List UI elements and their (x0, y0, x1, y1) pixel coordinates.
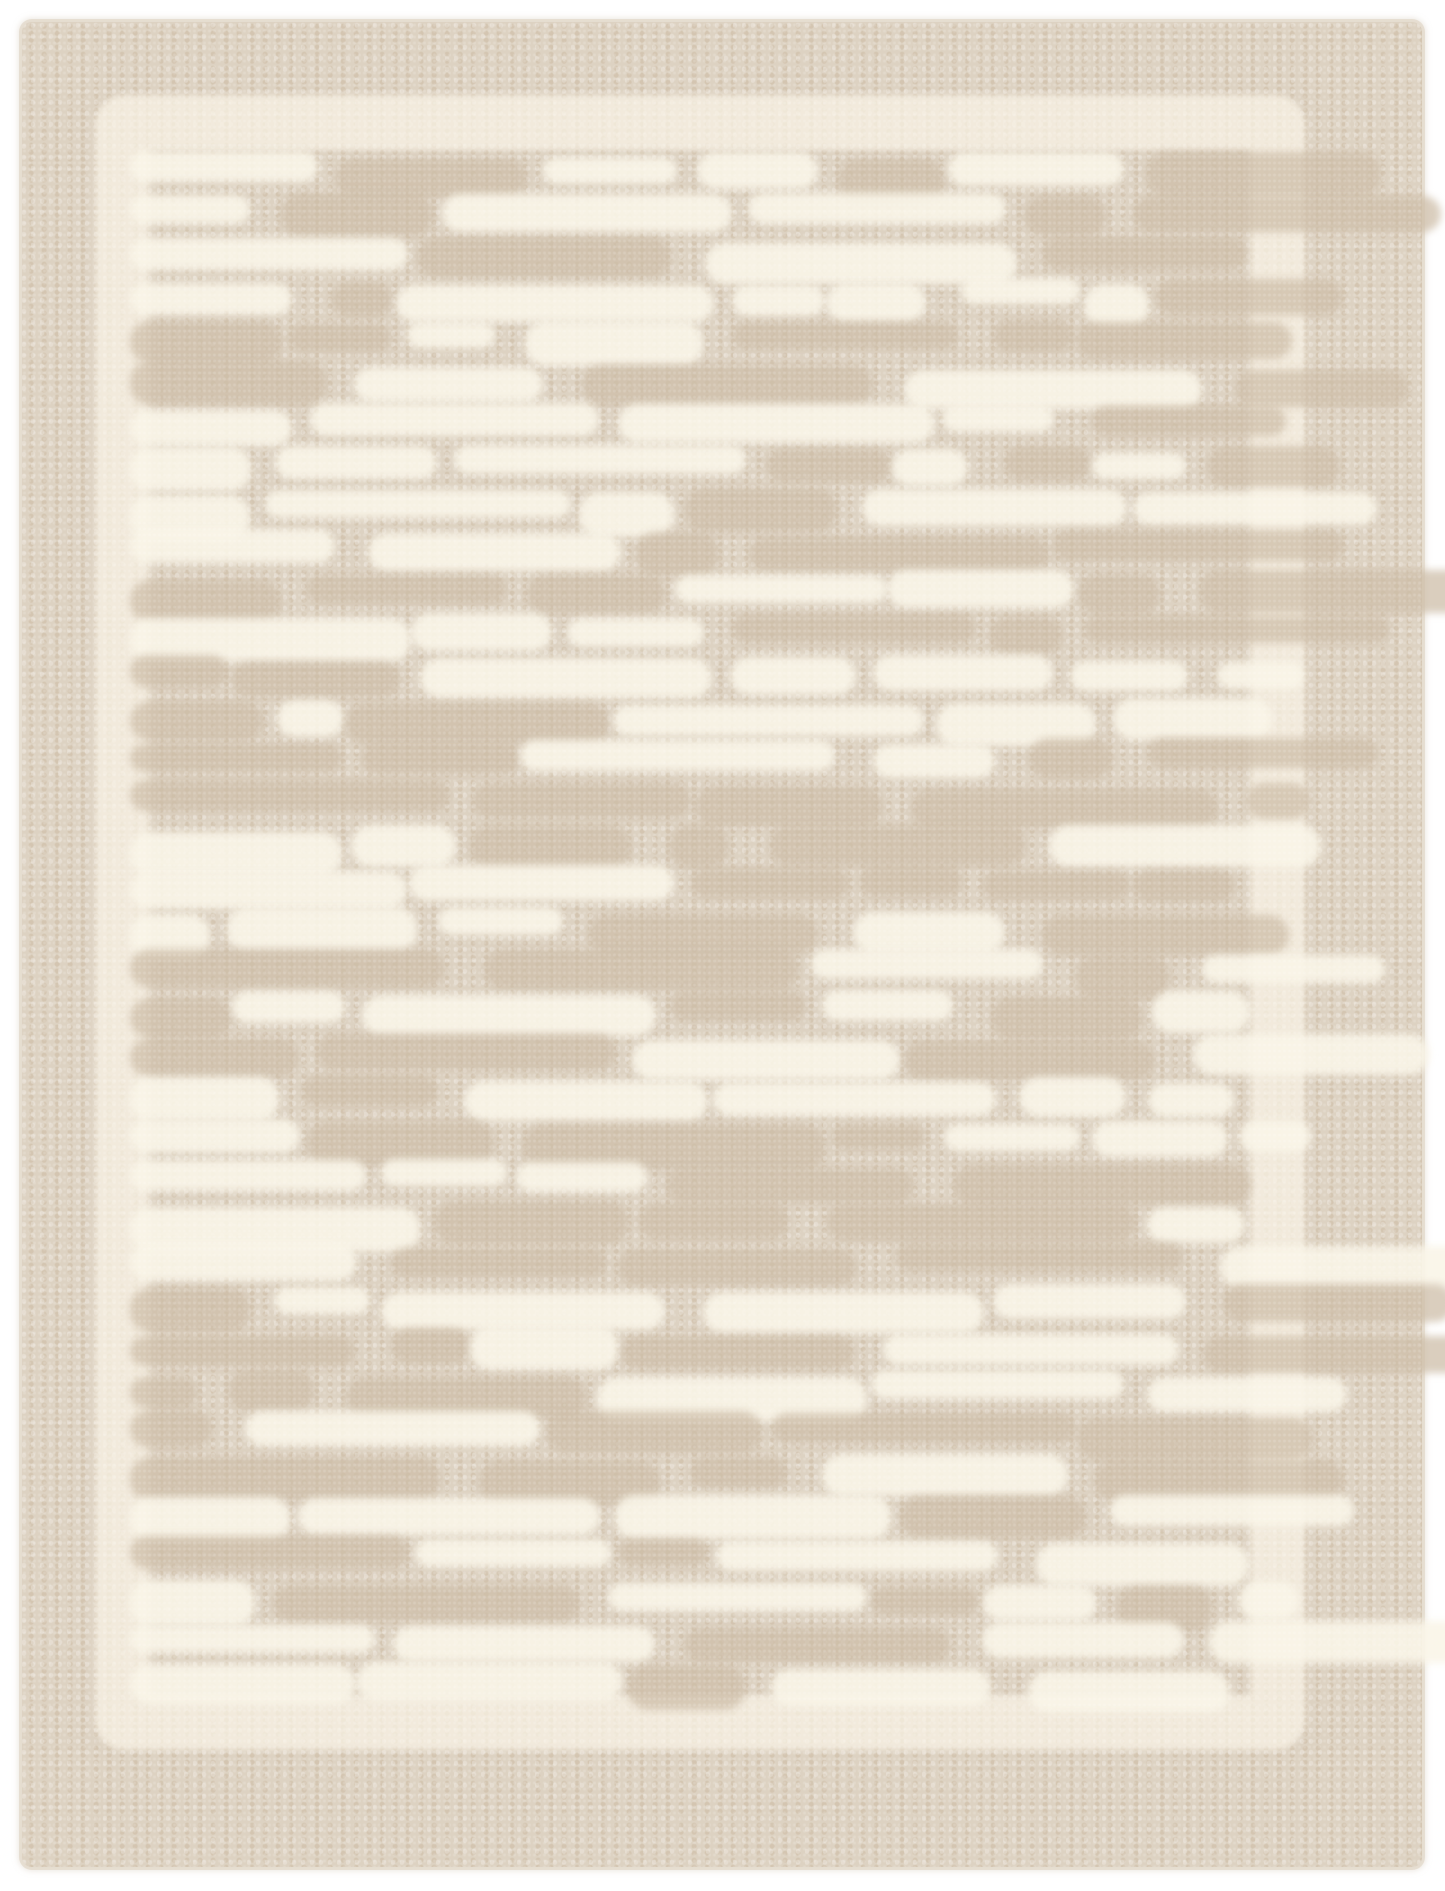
pattern-patch (130, 1336, 355, 1367)
pattern-patch (1092, 406, 1286, 436)
pattern-patch (356, 1662, 623, 1701)
pattern-patch (368, 533, 621, 571)
pattern-patch (822, 990, 952, 1021)
pattern-patch (582, 365, 872, 405)
pattern-patch (130, 1038, 299, 1077)
pattern-patch (675, 575, 887, 603)
pattern-patch (130, 832, 342, 876)
pattern-patch (873, 744, 995, 778)
pattern-patch (407, 322, 495, 348)
pattern-patch (1029, 738, 1113, 779)
pattern-patch (1155, 279, 1343, 315)
pattern-patch (666, 1168, 915, 1204)
pattern-patch (771, 1669, 991, 1706)
pattern-patch (442, 194, 732, 232)
pattern-patch (484, 949, 800, 991)
pattern-patch (1235, 370, 1409, 407)
pattern-patch (632, 1040, 900, 1080)
pattern-patch (1092, 1121, 1227, 1157)
pattern-patch (396, 285, 714, 323)
pattern-patch (859, 866, 962, 898)
pattern-patch (691, 868, 849, 899)
pattern-patch (316, 1034, 615, 1070)
pattern-patch (130, 361, 327, 405)
pattern-patch (1053, 530, 1344, 561)
pattern-patch (904, 370, 1202, 409)
pattern-patch (345, 703, 609, 744)
pattern-patch (1042, 915, 1289, 956)
pattern-patch (871, 1370, 1124, 1399)
pattern-patch (887, 570, 1074, 608)
pattern-patch (695, 786, 884, 826)
pattern-patch (1024, 196, 1107, 236)
pattern-patch (567, 618, 705, 647)
pattern-patch (130, 1664, 356, 1704)
pattern-patch (730, 657, 855, 695)
pattern-patch (826, 1204, 1137, 1241)
pattern-patch (273, 1585, 580, 1622)
pattern-patch (464, 1081, 708, 1121)
pattern-patch (274, 1287, 370, 1313)
rug-field-pattern (150, 150, 1250, 1695)
pattern-patch (618, 404, 936, 444)
pattern-patch (1146, 152, 1381, 198)
pattern-patch (697, 152, 818, 189)
pattern-patch (1036, 1543, 1249, 1586)
pattern-patch (130, 447, 251, 491)
pattern-patch (1133, 870, 1235, 903)
pattern-patch (1133, 492, 1377, 525)
pattern-patch (1049, 825, 1321, 867)
pattern-patch (1148, 738, 1378, 768)
pattern-patch (772, 1413, 1077, 1443)
pattern-patch (1246, 783, 1310, 819)
pattern-patch (685, 488, 837, 532)
pattern-patch (690, 1457, 787, 1488)
pattern-patch (991, 997, 1144, 1040)
pattern-patch (525, 321, 702, 366)
pattern-patch (713, 1082, 996, 1116)
pattern-patch (470, 825, 631, 869)
pattern-patch (232, 991, 345, 1023)
pattern-patch (130, 1580, 255, 1626)
pattern-patch (822, 1454, 1067, 1495)
pattern-patch (302, 1075, 438, 1107)
pattern-patch (470, 1326, 618, 1370)
pattern-patch (543, 157, 677, 185)
pattern-patch (871, 1587, 979, 1616)
pattern-patch (961, 278, 1081, 305)
pattern-patch (716, 1541, 998, 1571)
pattern-patch (420, 658, 712, 699)
pattern-patch (1110, 1495, 1354, 1526)
pattern-patch (1209, 1621, 1445, 1663)
pattern-patch (621, 1336, 855, 1369)
pattern-patch (281, 193, 432, 238)
pattern-patch (130, 580, 281, 622)
pattern-patch (1075, 956, 1170, 998)
pattern-patch (615, 1495, 891, 1539)
pattern-patch (245, 1411, 541, 1446)
pattern-patch (618, 1539, 709, 1566)
pattern-patch (434, 1201, 630, 1244)
pattern-patch (608, 1583, 867, 1611)
pattern-patch (1199, 570, 1445, 613)
pattern-patch (1220, 1246, 1445, 1288)
pattern-patch (1004, 446, 1091, 480)
pattern-patch (130, 1457, 440, 1501)
pattern-patch (1147, 1377, 1347, 1412)
pattern-patch (1193, 1034, 1429, 1075)
pattern-patch (130, 321, 282, 363)
pattern-patch (983, 1585, 1096, 1621)
pattern-patch (415, 1539, 611, 1567)
pattern-patch (438, 907, 562, 935)
pattern-patch (409, 865, 674, 900)
pattern-patch (381, 1159, 508, 1186)
pattern-patch (130, 1536, 409, 1569)
pattern-patch (227, 907, 417, 951)
pattern-patch (883, 1334, 1179, 1365)
pattern-patch (310, 403, 599, 436)
pattern-patch (130, 195, 250, 224)
pattern-patch (1019, 1077, 1127, 1117)
pattern-patch (391, 1248, 607, 1277)
pattern-patch (1133, 196, 1441, 232)
pattern-patch (351, 825, 457, 867)
pattern-patch (130, 1288, 250, 1332)
pattern-patch (1042, 237, 1246, 270)
pattern-patch (130, 529, 335, 563)
pattern-patch (130, 1160, 366, 1191)
pattern-patch (130, 1077, 279, 1120)
pattern-patch (546, 1411, 762, 1453)
pattern-patch (1092, 453, 1185, 480)
pattern-patch (892, 449, 968, 486)
pattern-patch (832, 1124, 924, 1150)
pattern-patch (130, 701, 264, 741)
pattern-patch (613, 705, 924, 736)
pattern-patch (130, 1410, 212, 1448)
pattern-patch (911, 789, 1218, 828)
pattern-patch (895, 1243, 1184, 1271)
pattern-patch (993, 320, 1075, 352)
pattern-patch (873, 655, 1053, 691)
pattern-patch (288, 324, 391, 352)
pattern-patch (1152, 991, 1250, 1034)
pattern-patch (1076, 322, 1292, 359)
pattern-patch (526, 575, 666, 612)
pattern-patch (1202, 955, 1385, 983)
pattern-patch (853, 912, 1005, 953)
pattern-patch (703, 1292, 984, 1333)
pattern-patch (1239, 1121, 1311, 1152)
pattern-patch (130, 780, 450, 811)
pattern-patch (732, 285, 825, 316)
pattern-patch (130, 283, 292, 314)
pattern-patch (130, 151, 318, 182)
pattern-patch (130, 1625, 375, 1653)
pattern-patch (769, 825, 1027, 865)
pattern-patch (982, 1622, 1184, 1657)
pattern-patch (1147, 1207, 1246, 1243)
pattern-patch (617, 1249, 857, 1285)
pattern-patch (1084, 284, 1149, 327)
pattern-patch (1207, 446, 1340, 487)
pattern-patch (1070, 661, 1188, 691)
pattern-patch (516, 1162, 647, 1192)
pattern-patch (393, 1626, 654, 1662)
pattern-patch (331, 282, 393, 317)
pattern-patch (275, 446, 438, 479)
pattern-patch (811, 949, 1044, 979)
pattern-patch (628, 1665, 745, 1711)
pattern-patch (638, 1203, 789, 1239)
pattern-patch (749, 537, 1049, 572)
pattern-patch (354, 367, 544, 402)
pattern-patch (391, 1328, 470, 1364)
pattern-patch (277, 700, 345, 737)
pattern-patch (228, 1370, 315, 1411)
pattern-patch (232, 662, 399, 697)
pattern-patch (904, 1041, 1154, 1080)
pattern-patch (130, 410, 292, 446)
pattern-patch (130, 871, 407, 909)
pattern-patch (130, 744, 343, 772)
pattern-patch (130, 238, 408, 269)
pattern-patch (411, 613, 552, 652)
pattern-patch (306, 575, 506, 604)
pattern-patch (1028, 1671, 1229, 1712)
pattern-patch (669, 825, 729, 868)
pattern-patch (1148, 1083, 1234, 1117)
pattern-patch (732, 614, 976, 642)
pattern-patch (982, 871, 1130, 901)
pattern-patch (130, 655, 228, 688)
pattern-patch (1113, 698, 1273, 740)
pattern-patch (417, 237, 670, 278)
pattern-patch (942, 405, 1054, 431)
pattern-patch (1078, 574, 1161, 613)
pattern-patch (1203, 1336, 1445, 1374)
pattern-patch (265, 490, 571, 518)
pattern-patch (1077, 1418, 1313, 1460)
pattern-patch (1223, 1284, 1445, 1322)
pattern-patch (130, 998, 232, 1037)
pattern-patch (298, 1498, 601, 1535)
pattern-patch (748, 193, 1005, 223)
pattern-patch (670, 991, 806, 1021)
pattern-patch (130, 1377, 198, 1408)
pattern-patch (900, 1496, 1085, 1539)
pattern-patch (362, 995, 656, 1036)
pattern-patch (732, 322, 958, 350)
pattern-patch (454, 445, 746, 474)
pattern-patch (826, 283, 926, 322)
pattern-patch (579, 492, 674, 537)
pattern-patch (989, 617, 1064, 654)
pattern-patch (361, 743, 520, 774)
pattern-patch (953, 1165, 1251, 1204)
pattern-patch (130, 1119, 300, 1154)
pattern-patch (684, 1628, 950, 1662)
pattern-patch (381, 1292, 666, 1329)
pattern-patch (636, 532, 719, 576)
pattern-patch (944, 1124, 1080, 1152)
pattern-patch (130, 1497, 290, 1541)
pattern-patch (130, 949, 445, 988)
pattern-patch (766, 449, 891, 482)
pattern-patch (335, 159, 527, 197)
pattern-patch (1238, 1582, 1299, 1620)
pattern-patch (1217, 662, 1304, 689)
pattern-patch (1084, 616, 1389, 644)
pattern-patch (520, 740, 834, 771)
pattern-patch (862, 489, 1127, 527)
pattern-patch (472, 783, 691, 818)
pattern-patch (993, 1284, 1185, 1319)
pattern-patch (948, 152, 1123, 186)
pattern-patch (130, 1243, 357, 1282)
